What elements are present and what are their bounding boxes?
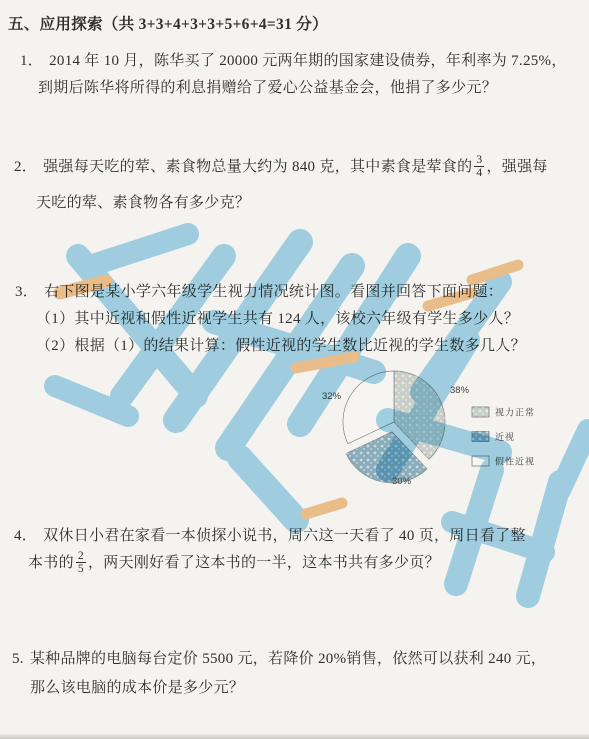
legend-swatch-近视 xyxy=(472,432,489,442)
question-1-text: 2014 年 10 月，陈华买了 20000 元两年期的国家建设债券，年利率为 … xyxy=(49,53,567,69)
question-3-text: 右下图是某小学六年级学生视力情况统计图。看图并回答下面问题： xyxy=(44,284,503,300)
pie-percentage-label: 38% xyxy=(450,385,470,396)
legend-label-视力正常: 视力正常 xyxy=(495,407,535,418)
exam-page: 五、应用探索（共 3+3+4+3+3+5+6+4=31 分） 1．2014 年 … xyxy=(0,0,589,739)
question-3-sub-2: （2）根据（1）的结果计算：假性近视的学生数比近视的学生数多几人？ xyxy=(36,333,526,359)
question-1-line-1: 1．2014 年 10 月，陈华买了 20000 元两年期的国家建设债券，年利率… xyxy=(20,48,567,74)
question-1-line-2: 到期后陈华将所得的利息捐赠给了爱心公益基金会，他捐了多少元？ xyxy=(38,75,497,101)
question-4-line-2: 本书的25，两天刚好看了这本书的一半，这本书共有多少页？ xyxy=(28,546,440,580)
legend-label-近视: 近视 xyxy=(495,432,515,442)
question-2-text-post: ，强强每 xyxy=(486,159,547,175)
vision-pie-chart: 38%30%32% 视力正常近视假性近视 xyxy=(296,360,586,510)
question-4-number: 4． xyxy=(14,528,37,544)
question-5-line-1: 5.某种品牌的电脑每台定价 5500 元，若降价 20%销售，依然可以获利 24… xyxy=(12,646,546,672)
question-5-text: 某种品牌的电脑每台定价 5500 元，若降价 20%销售，依然可以获利 240 … xyxy=(30,651,546,667)
question-3-line-1: 3．右下图是某小学六年级学生视力情况统计图。看图并回答下面问题： xyxy=(15,279,503,305)
pie-percentage-label: 30% xyxy=(392,476,412,487)
legend-label-假性近视: 假性近视 xyxy=(495,456,535,467)
pie-chart-svg: 38%30%32% 视力正常近视假性近视 xyxy=(296,360,586,510)
question-3-sub-1: （1）其中近视和假性近视学生共有 124 人，该校六年级有学生多少人？ xyxy=(36,306,519,332)
question-1-number: 1． xyxy=(20,53,43,69)
question-4-text-post: ，两天刚好看了这本书的一半，这本书共有多少页？ xyxy=(88,555,440,571)
question-4-text-pre: 本书的 xyxy=(28,555,74,571)
pie-slice-假性近视 xyxy=(343,371,394,444)
page-edge-shadow xyxy=(0,734,589,739)
question-5-line-2: 那么该电脑的成本价是多少元？ xyxy=(30,675,244,701)
fraction-three-quarters: 34 xyxy=(474,154,484,179)
fraction-two-fifths: 25 xyxy=(76,550,86,575)
question-2-line-2: 天吃的荤、素食物各有多少克？ xyxy=(36,190,250,216)
question-5-number: 5. xyxy=(12,651,24,667)
legend-swatch-视力正常 xyxy=(472,407,489,417)
question-4-text: 双休日小君在家看一本侦探小说书，周六这一天看了 40 页，周日看了整 xyxy=(43,528,526,544)
legend-swatch-假性近视 xyxy=(472,456,489,466)
question-2-number: 2． xyxy=(14,159,37,175)
question-2-text-pre: 强强每天吃的荤、素食物总量大约为 840 克，其中素食是荤食的 xyxy=(43,159,472,175)
question-2-line-1: 2．强强每天吃的荤、素食物总量大约为 840 克，其中素食是荤食的34，强强每 xyxy=(14,150,548,184)
section-title: 五、应用探索（共 3+3+4+3+3+5+6+4=31 分） xyxy=(8,12,328,38)
pie-percentage-label: 32% xyxy=(322,391,342,402)
question-3-number: 3． xyxy=(15,284,38,300)
